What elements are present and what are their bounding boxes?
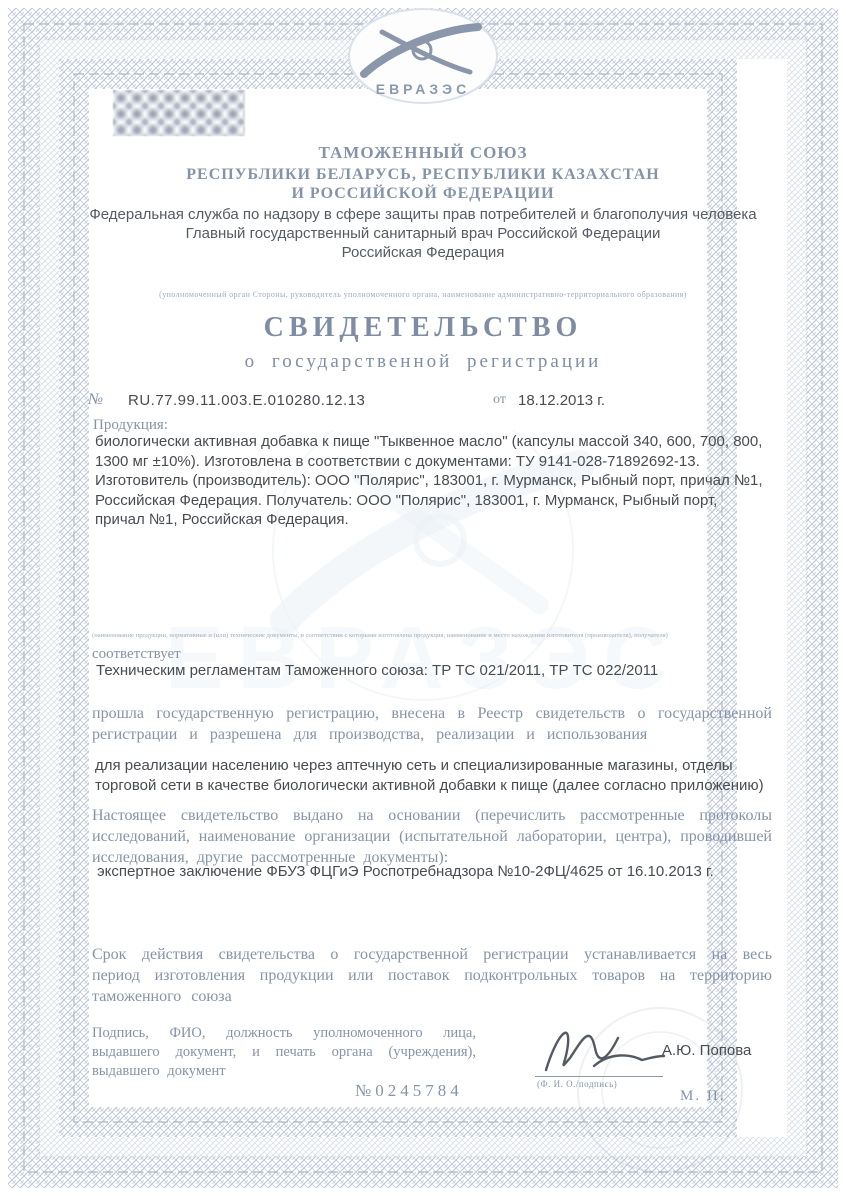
authority-line1: Федеральная служба по надзору в сфере за… xyxy=(0,206,846,223)
evrazes-emblem: ЕВРАЗЭС xyxy=(338,6,508,106)
emblem-org-label: ЕВРАЗЭС xyxy=(376,81,471,97)
product-caption: (наименование продукции, нормативные и (… xyxy=(92,632,772,639)
usage-statement: для реализации населению через аптечную … xyxy=(95,756,773,795)
security-stamp-pattern xyxy=(113,90,245,136)
signature-line xyxy=(535,1076,663,1077)
document-subtitle: о государственной регистрации xyxy=(0,351,846,373)
union-title-line2: РЕСПУБЛИКИ БЕЛАРУСЬ, РЕСПУБЛИКИ КАЗАХСТА… xyxy=(0,166,846,184)
basis-label: Настоящее свидетельство выдано на основа… xyxy=(92,805,772,868)
authority-line3: Российская Федерация xyxy=(0,244,846,261)
signature-label: Подпись, ФИО, должность уполномоченного … xyxy=(92,1024,476,1081)
signature-caption: (Ф. И. О./подпись) xyxy=(537,1079,617,1089)
number-label: № xyxy=(88,391,103,409)
basis-value: экспертное заключение ФБУЗ ФЦГиЭ Роспотр… xyxy=(97,863,775,880)
signatory-name: А.Ю. Попова xyxy=(662,1042,751,1059)
certificate-page: ЕВРАЗЭС ЕВРАЗЭС ТАМОЖЕННЫЙ СОЮЗ РЕСПУБЛИ… xyxy=(0,0,846,1196)
registration-date: 18.12.2013 г. xyxy=(518,392,605,409)
product-description: биологически активная добавка к пище "Ты… xyxy=(95,432,769,530)
compliance-label: соответствует xyxy=(92,646,181,663)
registration-number: RU.77.99.11.003.Е.010280.12.13 xyxy=(128,392,365,409)
date-label: от xyxy=(493,392,506,408)
blank-number: №0245784 xyxy=(355,1081,463,1101)
watermark-text: ЕВРАЗЭС xyxy=(165,608,681,707)
union-title-line1: ТАМОЖЕННЫЙ СОЮЗ xyxy=(0,143,846,163)
authority-caption: (уполномоченный орган Стороны, руководит… xyxy=(0,290,846,299)
validity-statement: Срок действия свидетельства о государств… xyxy=(92,944,772,1007)
authority-line2: Главный государственный санитарный врач … xyxy=(0,225,846,242)
seal-place-mark: М. П. xyxy=(680,1088,725,1105)
document-title: СВИДЕТЕЛЬСТВО xyxy=(0,312,846,344)
handwritten-signature xyxy=(538,1012,668,1082)
compliance-value: Техническим регламентам Таможенного союз… xyxy=(96,662,770,679)
union-title-line3: И РОССИЙСКОЙ ФЕДЕРАЦИИ xyxy=(0,185,846,203)
registration-statement: прошла государственную регистрацию, внес… xyxy=(92,703,772,745)
